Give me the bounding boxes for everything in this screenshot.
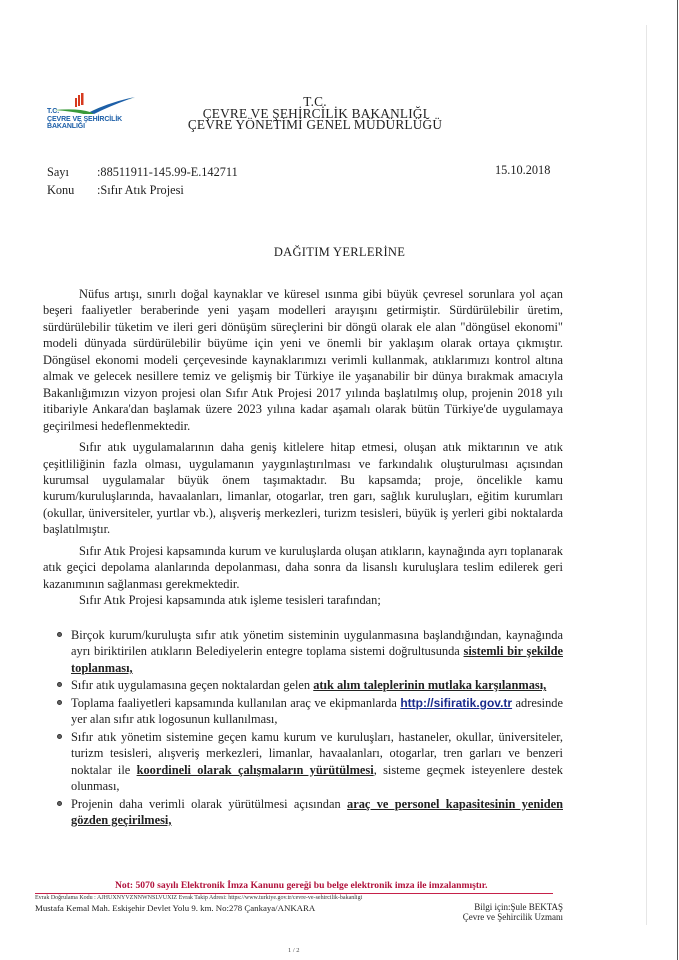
letterhead-line-3: ÇEVRE YÖNETİMİ GENEL MÜDÜRLÜĞÜ [170, 119, 460, 131]
logo-line-1: T.C. [47, 108, 122, 116]
logo-line-3: BAKANLIĞI [47, 123, 122, 131]
e-signature-note: Not: 5070 sayılı Elektronik İmza Kanunu … [115, 880, 487, 891]
recipient-heading: DAĞITIM YERLERİNE [0, 245, 679, 260]
document-date: 15.10.2018 [495, 163, 550, 178]
verification-code: Evrak Doğrulama Kodu : AJHUXNYVZNNWNSLVU… [35, 895, 362, 901]
bullet-icon [57, 682, 62, 687]
contact-name: Bilgi için:Şule BEKTAŞ [400, 902, 563, 912]
bullet-icon [57, 632, 62, 637]
footer-divider [35, 893, 553, 894]
konu-row: Konu :Sıfır Atık Projesi [47, 181, 238, 199]
logo-line-2: ÇEVRE VE ŞEHİRCİLİK [47, 116, 122, 124]
logo-text: T.C. ÇEVRE VE ŞEHİRCİLİK BAKANLIĞI [47, 108, 122, 131]
paragraph: Sıfır atık uygulamalarının daha geniş ki… [43, 439, 563, 538]
paragraph: Sıfır Atık Projesi kapsamında atık işlem… [43, 592, 563, 608]
duties-list: Birçok kurum/kuruluşta sıfır atık yöneti… [57, 627, 563, 829]
sayi-row: Sayı :88511911-145.99-E.142711 [47, 163, 238, 181]
list-item-text: Toplama faaliyetleri kapsamında kullanıl… [71, 696, 400, 710]
konu-label: Konu [47, 181, 97, 199]
sayi-value: :88511911-145.99-E.142711 [97, 163, 238, 181]
sayi-label: Sayı [47, 163, 97, 181]
bullet-icon [57, 801, 62, 806]
bullet-icon [57, 700, 62, 705]
paragraph: Nüfus artışı, sınırlı doğal kaynaklar ve… [43, 286, 563, 434]
konu-value: :Sıfır Atık Projesi [97, 181, 184, 199]
contact-title: Çevre ve Şehircilik Uzmanı [400, 912, 563, 922]
ministry-address: Mustafa Kemal Mah. Eskişehir Devlet Yolu… [35, 903, 315, 913]
sifiratik-link[interactable]: http://sifiratik.gov.tr [400, 696, 512, 710]
list-item: Projenin daha verimli olarak yürütülmesi… [57, 796, 563, 829]
letter-body: Nüfus artışı, sınırlı doğal kaynaklar ve… [43, 286, 563, 609]
list-item: Birçok kurum/kuruluşta sıfır atık yöneti… [57, 627, 563, 676]
letterhead: T.C. ÇEVRE VE ŞEHİRCİLİK BAKANLIĞI ÇEVRE… [170, 96, 460, 131]
list-item: Sıfır atık uygulamasına geçen noktalarda… [57, 677, 563, 693]
page-edge-line [677, 0, 678, 960]
page-number: 1 / 2 [288, 947, 300, 954]
contact-info: Bilgi için:Şule BEKTAŞ Çevre ve Şehircil… [400, 902, 563, 922]
bullet-icon [57, 734, 62, 739]
list-item: Sıfır atık yönetim sistemine geçen kamu … [57, 729, 563, 795]
list-item-text: Projenin daha verimli olarak yürütülmesi… [71, 797, 347, 811]
paragraph: Sıfır Atık Projesi kapsamında kurum ve k… [43, 543, 563, 592]
document-page: T.C. ÇEVRE VE ŞEHİRCİLİK BAKANLIĞI T.C. … [0, 0, 679, 960]
list-item-text: Sıfır atık uygulamasına geçen noktalarda… [71, 678, 313, 692]
list-item-emphasis: koordineli olarak çalışmaların yürütülme… [137, 763, 374, 777]
scan-fold-line [646, 25, 647, 925]
list-item-emphasis: atık alım taleplerinin mutlaka karşılanm… [313, 678, 546, 692]
document-meta: Sayı :88511911-145.99-E.142711 Konu :Sıf… [47, 163, 238, 199]
list-item: Toplama faaliyetleri kapsamında kullanıl… [57, 695, 563, 728]
